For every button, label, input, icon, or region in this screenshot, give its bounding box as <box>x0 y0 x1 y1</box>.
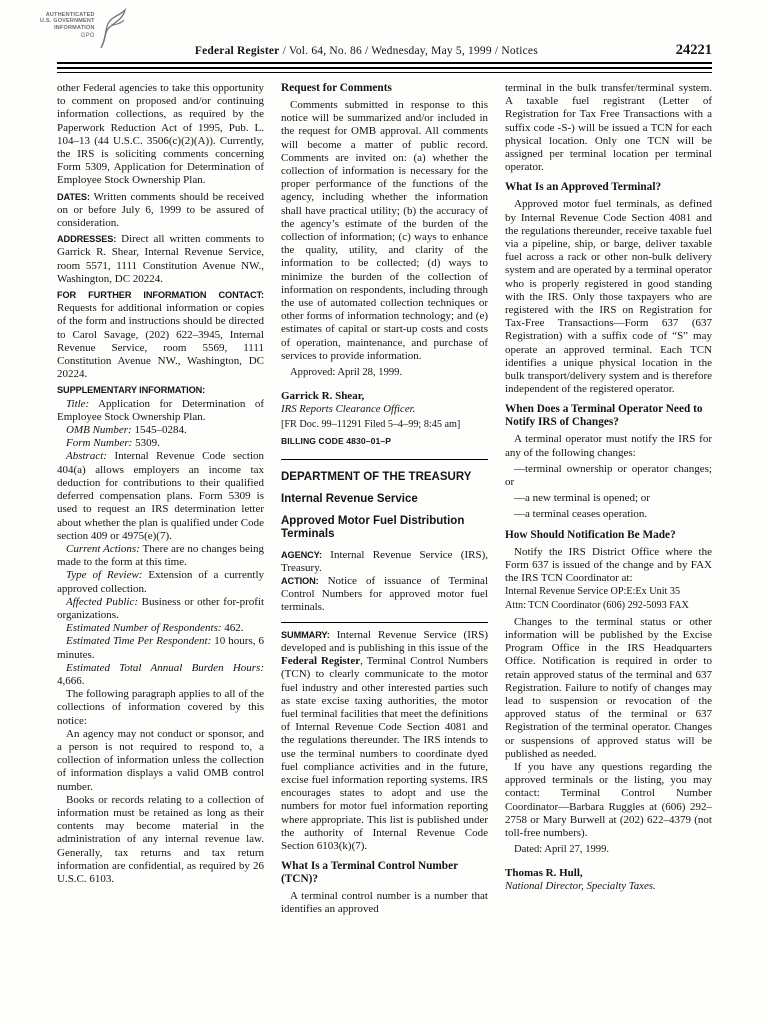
comments-paragraph: Comments submitted in response to this n… <box>281 99 488 363</box>
change-item-ownership: —terminal ownership or operator changes;… <box>505 463 712 489</box>
affected-public-label: Affected Public: <box>66 596 138 608</box>
column-2: Request for Comments Comments submitted … <box>281 82 488 1018</box>
gpo-seal-text: AUTHENTICATED U.S. GOVERNMENT INFORMATIO… <box>40 12 95 39</box>
change-item-ceases: —a terminal ceases operation. <box>505 508 712 521</box>
books-records-paragraph: Books or records relating to a collectio… <box>57 794 264 886</box>
intro-continuation-paragraph: other Federal agencies to take this oppo… <box>57 82 264 188</box>
estimated-respondents-text: 462. <box>224 622 243 634</box>
approved-date-line: Approved: April 28, 1999. <box>281 366 488 379</box>
agency-label: AGENCY: <box>281 550 322 560</box>
three-column-body: other Federal agencies to take this oppo… <box>57 82 712 1018</box>
affected-public-item: Affected Public: Business or other for-p… <box>57 596 264 622</box>
estimated-time-item: Estimated Time Per Respondent: 10 hours,… <box>57 635 264 661</box>
supplementary-item: SUPPLEMENTARY INFORMATION: <box>57 384 264 397</box>
agency-subheading: Internal Revenue Service <box>281 493 488 506</box>
approved-terminal-heading: What Is an Approved Terminal? <box>505 181 712 194</box>
approved-terminal-paragraph: Approved motor fuel terminals, as define… <box>505 198 712 396</box>
column-1: other Federal agencies to take this oppo… <box>57 82 264 1018</box>
estimated-respondents-item: Estimated Number of Respondents: 462. <box>57 622 264 635</box>
seal-line-3: INFORMATION <box>40 25 95 31</box>
column-3: terminal in the bulk transfer/terminal s… <box>505 82 712 1018</box>
notice-title-heading: Approved Motor Fuel Distribution Termina… <box>281 515 488 541</box>
summary-federal-register-bold: Federal Register <box>281 655 360 667</box>
notify-intro-paragraph: A terminal operator must notify the IRS … <box>505 433 712 459</box>
estimated-time-label: Estimated Time Per Respondent: <box>66 635 211 647</box>
agency-may-not-paragraph: An agency may not conduct or sponsor, an… <box>57 728 264 794</box>
what-is-tcn-heading: What Is a Terminal Control Number (TCN)? <box>281 860 488 886</box>
form-number-item: Form Number: 5309. <box>57 437 264 450</box>
omb-label: OMB Number: <box>66 424 132 436</box>
estimated-burden-item: Estimated Total Annual Burden Hours: 4,6… <box>57 662 264 688</box>
agency-item: AGENCY: Internal Revenue Service (IRS), … <box>281 549 488 575</box>
seal-gpo-label: GPO <box>40 33 95 39</box>
request-for-comments-heading: Request for Comments <box>281 82 488 95</box>
change-item-new-terminal: —a new terminal is opened; or <box>505 492 712 505</box>
current-actions-label: Current Actions: <box>66 543 140 555</box>
form-text: 5309. <box>135 437 160 449</box>
signature-title-hull: National Director, Specialty Taxes. <box>505 880 712 893</box>
department-heading: DEPARTMENT OF THE TREASURY <box>281 471 488 484</box>
signature-name-hull: Thomas R. Hull, <box>505 867 712 880</box>
notify-changes-heading: When Does a Terminal Operator Need to No… <box>505 403 712 429</box>
how-notification-paragraph: Notify the IRS District Office where the… <box>505 546 712 586</box>
signature-title-shear: IRS Reports Clearance Officer. <box>281 403 488 416</box>
header-rule-thin <box>57 72 712 73</box>
estimated-burden-text: 4,666. <box>57 675 85 687</box>
type-of-review-item: Type of Review: Extension of a currently… <box>57 569 264 595</box>
section-divider-rule <box>281 459 488 460</box>
omb-text: 1545–0284. <box>134 424 186 436</box>
dates-item: DATES: Written comments should be receiv… <box>57 191 264 231</box>
summary-item: SUMMARY: Internal Revenue Service (IRS) … <box>281 629 488 853</box>
summary-text-post: , Terminal Control Numbers (TCN) to clea… <box>281 655 488 852</box>
form-label: Form Number: <box>66 437 132 449</box>
type-of-review-label: Type of Review: <box>66 569 142 581</box>
supplementary-label: SUPPLEMENTARY INFORMATION: <box>57 385 205 395</box>
further-info-text: Requests for additional information or c… <box>57 302 264 380</box>
action-item: ACTION: Notice of issuance of Terminal C… <box>281 575 488 615</box>
how-notification-heading: How Should Notification Be Made? <box>505 529 712 542</box>
fax-address-line-2: Attn: TCN Coordinator (606) 292-5093 FAX <box>505 600 712 612</box>
issue-citation: / Vol. 64, No. 86 / Wednesday, May 5, 19… <box>283 45 538 57</box>
fr-doc-line: [FR Doc. 99–11291 Filed 5–4–99; 8:45 am] <box>281 418 488 431</box>
following-paragraph: The following paragraph applies to all o… <box>57 688 264 728</box>
further-info-item: FOR FURTHER INFORMATION CONTACT: Request… <box>57 289 264 381</box>
current-actions-item: Current Actions: There are no changes be… <box>57 543 264 569</box>
abstract-text: Internal Revenue Code section 404(a) all… <box>57 450 264 541</box>
addresses-label: ADDRESSES: <box>57 234 116 244</box>
running-head-citation: Federal Register / Vol. 64, No. 86 / Wed… <box>57 45 676 57</box>
page-number: 24221 <box>676 42 712 59</box>
header-rule-thick <box>57 62 712 69</box>
signature-name-shear: Garrick R. Shear, <box>281 390 488 403</box>
estimated-respondents-label: Estimated Number of Respondents: <box>66 622 222 634</box>
title-label: Title: <box>66 398 89 410</box>
summary-label: SUMMARY: <box>281 630 330 640</box>
summary-divider-rule <box>281 622 488 623</box>
tcn-intro-paragraph: A terminal control number is a number th… <box>281 890 488 916</box>
addresses-item: ADDRESSES: Direct all written comments t… <box>57 233 264 286</box>
header-rule <box>57 62 712 73</box>
further-info-label: FOR FURTHER INFORMATION CONTACT: <box>57 290 264 300</box>
estimated-burden-label: Estimated Total Annual Burden Hours: <box>66 662 264 674</box>
billing-code-line: BILLING CODE 4830–01–P <box>281 435 488 448</box>
title-item: Title: Application for Determination of … <box>57 398 264 424</box>
changes-published-paragraph: Changes to the terminal status or other … <box>505 616 712 761</box>
action-label: ACTION: <box>281 576 319 586</box>
tcn-continuation-paragraph: terminal in the bulk transfer/terminal s… <box>505 82 712 174</box>
federal-register-page: AUTHENTICATED U.S. GOVERNMENT INFORMATIO… <box>0 0 770 1024</box>
dated-line: Dated: April 27, 1999. <box>505 843 712 856</box>
questions-paragraph: If you have any questions regarding the … <box>505 761 712 840</box>
fax-address-line-1: Internal Revenue Service OP:E:Ex Unit 35 <box>505 586 712 598</box>
dates-label: DATES: <box>57 192 90 202</box>
running-head: Federal Register / Vol. 64, No. 86 / Wed… <box>57 42 712 59</box>
abstract-item: Abstract: Internal Revenue Code section … <box>57 450 264 542</box>
seal-line-2: U.S. GOVERNMENT <box>40 18 95 24</box>
journal-name: Federal Register <box>195 45 280 57</box>
title-text: Application for Determination of Employe… <box>57 398 264 423</box>
abstract-label: Abstract: <box>66 450 107 462</box>
omb-number-item: OMB Number: 1545–0284. <box>57 424 264 437</box>
